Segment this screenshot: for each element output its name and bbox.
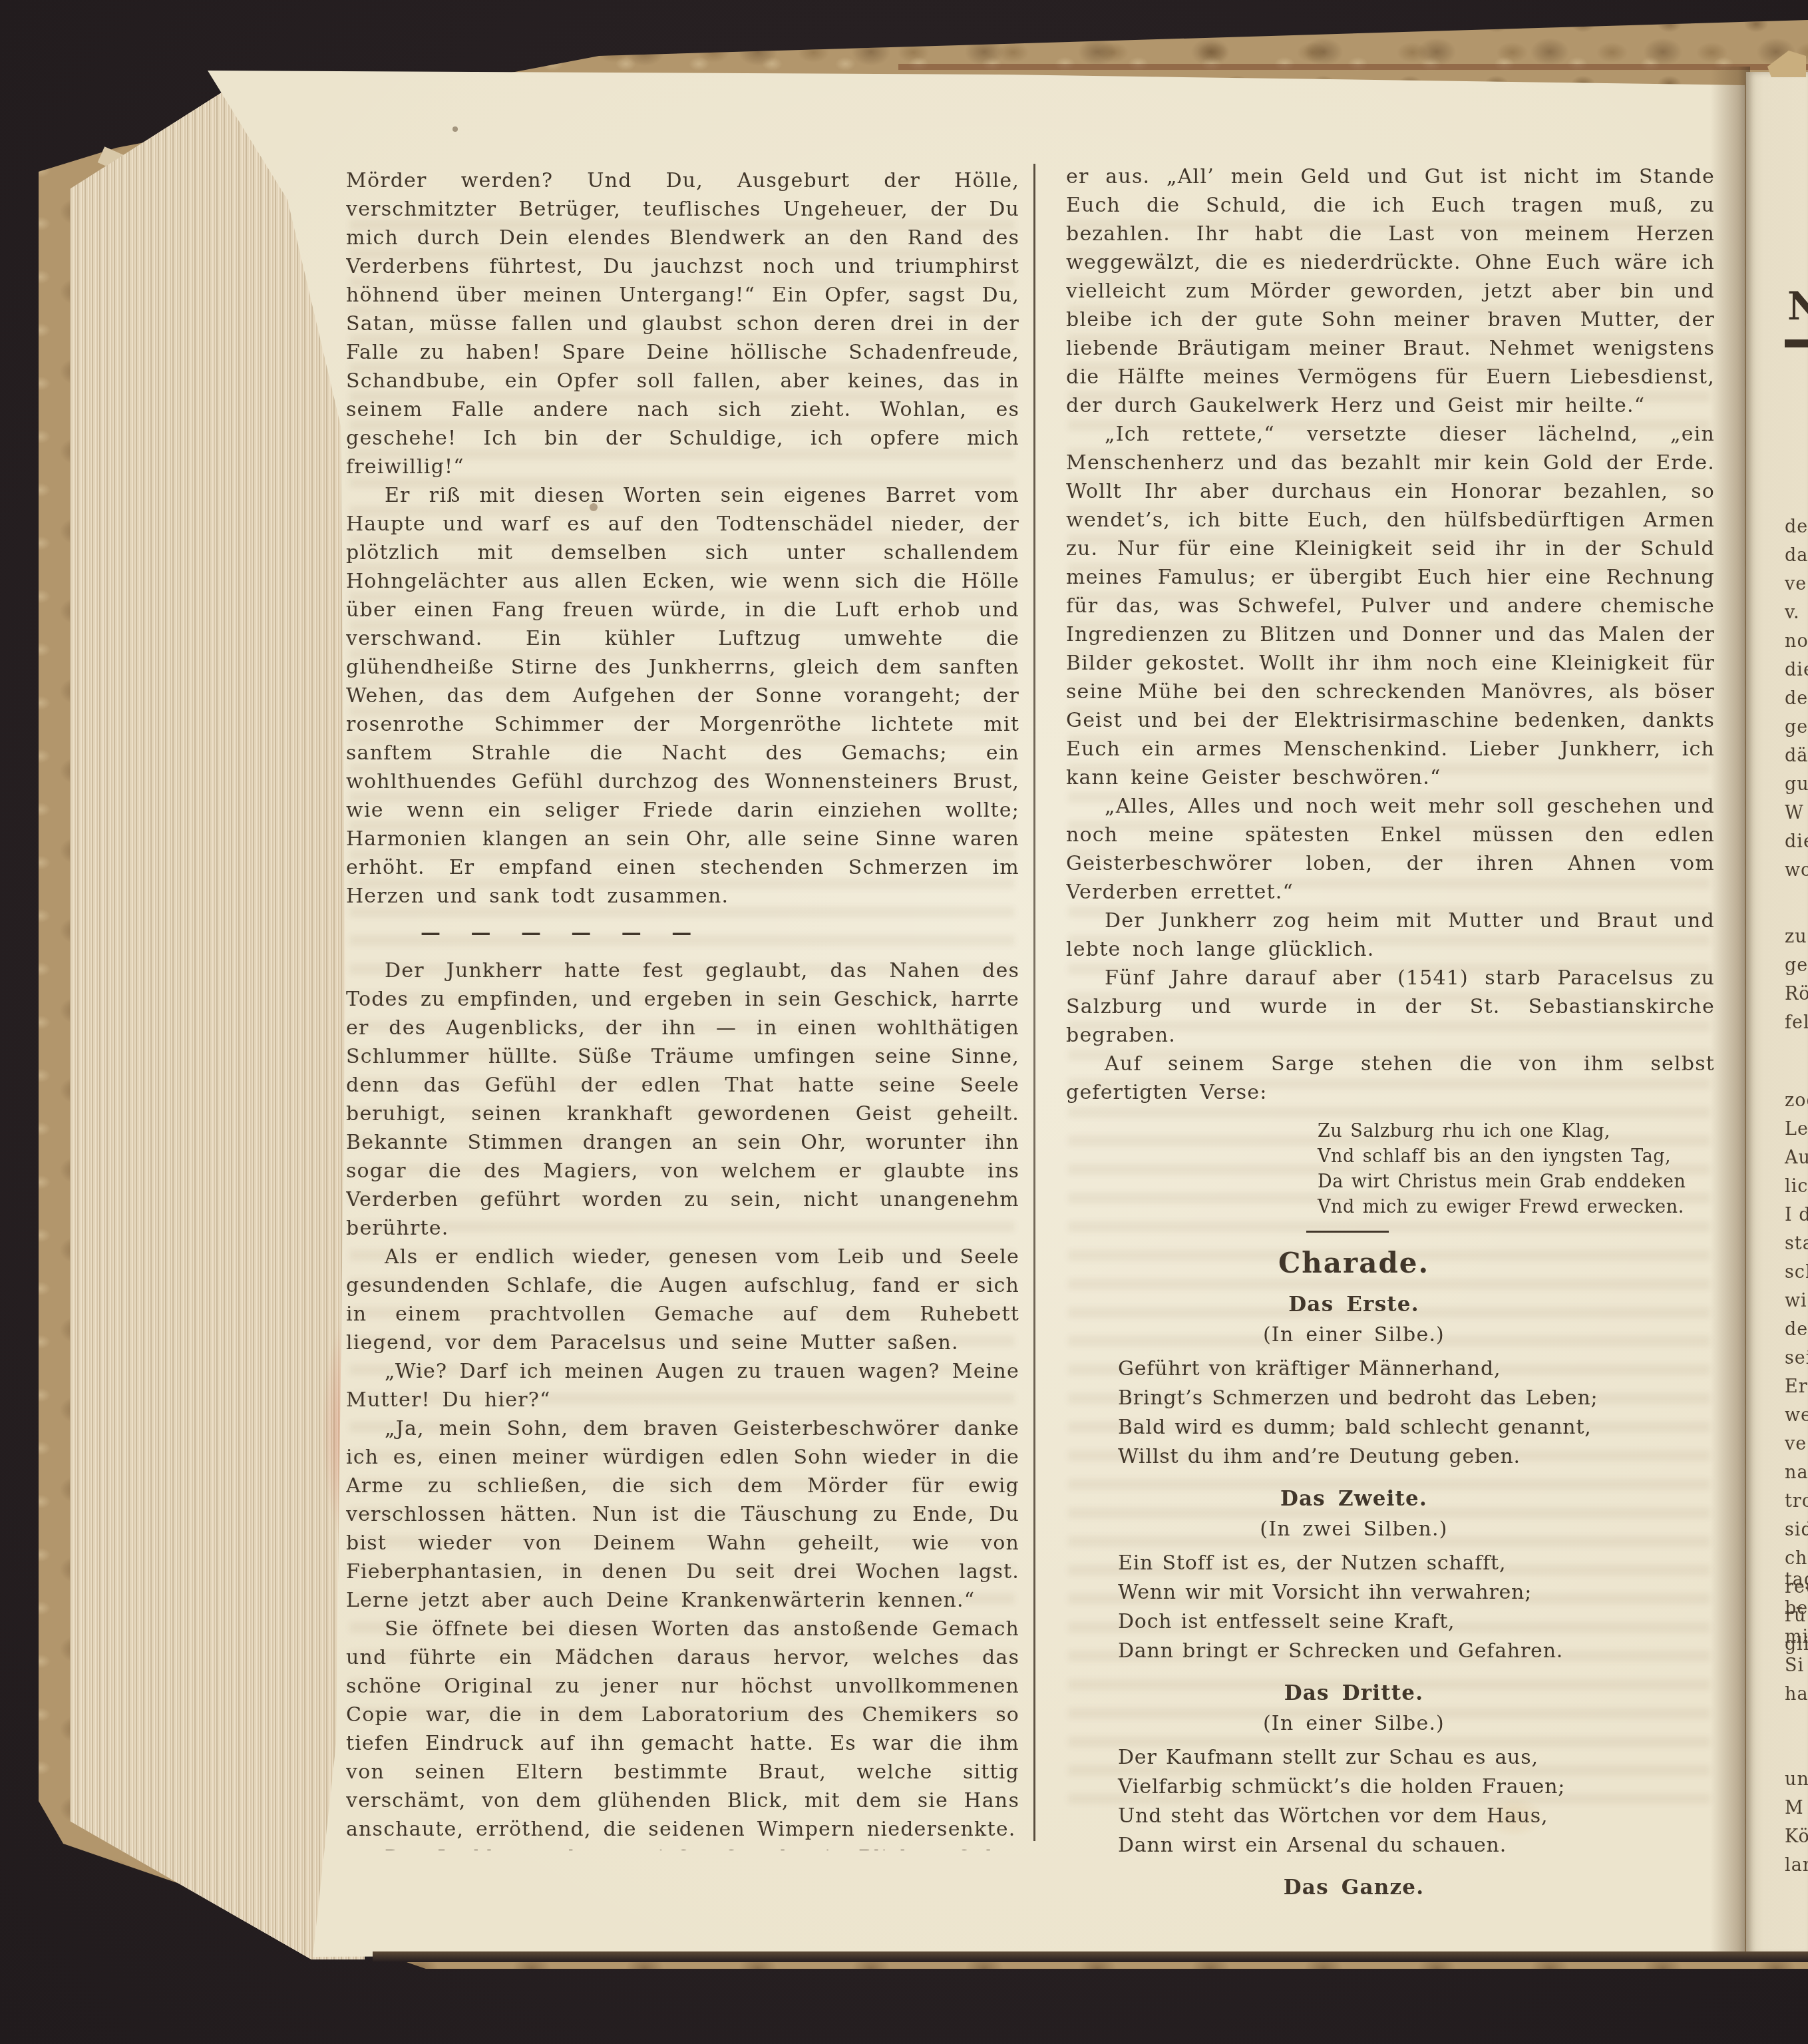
verse-line: Der Kaufmann stellt zur Schau es aus, — [1118, 1743, 1715, 1772]
charade-title: Charade. — [1066, 1249, 1678, 1277]
separator-rule — [1306, 1231, 1389, 1233]
text-fragment: tro — [1785, 1487, 1808, 1516]
text-fragment: no — [1785, 627, 1808, 656]
text-fragment-group: zugeRöfell — [1785, 922, 1808, 1037]
text-fragment: wi — [1785, 1287, 1808, 1315]
charade-verse: Der Kaufmann stellt zur Schau es aus,Vie… — [1118, 1743, 1715, 1860]
verse-line: Bringt’s Schmerzen und bedroht das Leben… — [1118, 1384, 1715, 1413]
paragraph: Als er endlich wieder, genesen vom Leib … — [346, 1243, 1019, 1357]
paragraph: Sie öffnete bei diesen Worten das anstoß… — [346, 1615, 1019, 1844]
text-fragment: un — [1785, 1765, 1808, 1794]
text-fragment: I d — [1785, 1201, 1808, 1229]
paragraph: Der Junkherr zog heim mit Mutter und Bra… — [1066, 907, 1715, 964]
book-scan: Mörder werden? Und Du, Ausgeburt der Höl… — [0, 0, 1808, 2044]
text-fragment: Si — [1785, 1651, 1808, 1680]
paper-stain — [452, 126, 458, 132]
charade-section-heading: Das Zweite. — [1066, 1485, 1678, 1514]
left-text-column: Mörder werden? Und Du, Ausgeburt der Höl… — [346, 166, 1019, 1850]
epitaph-line: Vnd schlaff bis an den iyngsten Tag, — [1318, 1144, 1715, 1169]
paragraph: „Wie? Darf ich meinen Augen zu trauen wa… — [346, 1357, 1019, 1414]
cover-edge-line — [898, 64, 1808, 70]
paragraph: „Ich rettete,“ versetzte dieser lächelnd… — [1066, 420, 1715, 792]
verse-line: Wenn wir mit Vorsicht ihn verwahren; — [1118, 1578, 1715, 1607]
text-fragment: dä — [1785, 741, 1808, 770]
text-fragment-group: dedavev.nodiedegedäguWdiewo — [1785, 512, 1808, 885]
text-fragment: ge — [1785, 951, 1808, 980]
charade-section-heading: Das Ganze. — [1066, 1874, 1678, 1902]
paragraph: Fünf Jahre darauf aber (1541) starb Para… — [1066, 964, 1715, 1050]
right-text-column: er aus. „All’ mein Geld und Gut ist nich… — [1066, 162, 1715, 1906]
epitaph-line: Vnd mich zu ewiger Frewd erwecken. — [1318, 1195, 1715, 1220]
charade-section-syllables: (In einer Silbe.) — [1066, 1321, 1678, 1349]
verse-line: Geführt von kräftiger Männerhand, — [1118, 1354, 1715, 1384]
verse-line: Doch ist entfesselt seine Kraft, — [1118, 1607, 1715, 1637]
text-fragment: ve — [1785, 570, 1808, 598]
epitaph-verse: Zu Salzburg rhu ich one Klag,Vnd schlaff… — [1318, 1119, 1715, 1220]
text-fragment: na — [1785, 1458, 1808, 1487]
text-fragment: ha — [1785, 1680, 1808, 1709]
text-fragment: die — [1785, 827, 1808, 856]
text-fragment: die — [1785, 656, 1808, 684]
text-fragment: W — [1785, 799, 1808, 827]
text-fragment: sid — [1785, 1516, 1808, 1544]
epitaph-line: Da wirt Christus mein Grab enddeken — [1318, 1169, 1715, 1195]
verse-line: Vielfarbig schmückt’s die holden Frauen; — [1118, 1772, 1715, 1802]
text-fragment: M — [1785, 1794, 1808, 1822]
verse-line: Dann bringt er Schrecken und Gefahren. — [1118, 1637, 1715, 1666]
verse-line: Dann wirst ein Arsenal du schauen. — [1118, 1831, 1715, 1860]
paragraph: Auf seinem Sarge stehen die von ihm selb… — [1066, 1050, 1715, 1107]
text-fragment: ve — [1785, 1430, 1808, 1458]
paragraph: Er riß mit diesen Worten sein eigenes Ba… — [346, 481, 1019, 911]
paragraph: „Ja, mein Sohn, dem braven Geisterbeschw… — [346, 1414, 1019, 1615]
text-fragment: zog — [1785, 1086, 1808, 1115]
text-fragment: zu — [1785, 922, 1808, 951]
text-fragment: fell — [1785, 1008, 1808, 1037]
text-fragment: de — [1785, 1315, 1808, 1344]
page-bottom-edge — [373, 1951, 1808, 1962]
text-fragment: Er — [1785, 1372, 1808, 1401]
text-fragment: we — [1785, 1401, 1808, 1430]
text-fragment: lan — [1785, 1851, 1808, 1880]
text-fragment: v. — [1785, 598, 1808, 627]
text-fragment: Rö — [1785, 980, 1808, 1008]
text-fragment: ge — [1785, 713, 1808, 741]
next-page-fragment-column: dedavev.nodiedegedäguWdiewozugeRöfellzog… — [1785, 72, 1808, 1955]
epitaph-line: Zu Salzburg rhu ich one Klag, — [1318, 1119, 1715, 1144]
charade-section-syllables: (In zwei Silben.) — [1066, 1515, 1678, 1543]
paragraph: „Alles, Alles und noch weit mehr soll ge… — [1066, 792, 1715, 907]
paragraph: Mörder werden? Und Du, Ausgeburt der Höl… — [346, 166, 1019, 481]
text-fragment: mi — [1785, 1623, 1808, 1651]
text-fragment: da — [1785, 541, 1808, 570]
dash-separator: — — — — — — — [421, 919, 1019, 947]
paragraph: Der Junkherr athmete tief auf und sein B… — [346, 1844, 1019, 1850]
paragraph: er aus. „All’ mein Geld und Gut ist nich… — [1066, 162, 1715, 420]
text-fragment: Au — [1785, 1143, 1808, 1172]
text-fragment-group: unMKölan — [1785, 1765, 1808, 1880]
verse-line: Und steht das Wörtchen vor dem Haus, — [1118, 1802, 1715, 1831]
column-divider-rule — [1033, 164, 1035, 1841]
verse-line: Willst du ihm and’re Deutung geben. — [1118, 1442, 1715, 1472]
text-fragment: Kö — [1785, 1822, 1808, 1851]
text-fragment: de — [1785, 512, 1808, 541]
charade-section-heading: Das Dritte. — [1066, 1679, 1678, 1708]
text-fragment: lich — [1785, 1172, 1808, 1201]
text-fragment: gu — [1785, 770, 1808, 799]
text-fragment: wo — [1785, 856, 1808, 885]
charade-section-syllables: (In einer Silbe.) — [1066, 1709, 1678, 1738]
text-fragment: sta — [1785, 1229, 1808, 1258]
text-fragment: Le — [1785, 1115, 1808, 1143]
text-fragment: sch — [1785, 1258, 1808, 1287]
text-fragment: de — [1785, 684, 1808, 713]
text-fragment: ber — [1785, 1594, 1808, 1623]
text-fragment: tag — [1785, 1565, 1808, 1594]
next-page-strip: N dedavev.nodiedegedäguWdiewozugeRöfellz… — [1746, 72, 1808, 1955]
charade-verse: Ein Stoff ist es, der Nutzen schafft,Wen… — [1118, 1549, 1715, 1666]
text-fragment-group: tagbermiSiha — [1785, 1565, 1808, 1709]
charade-verse: Geführt von kräftiger Männerhand,Bringt’… — [1118, 1354, 1715, 1472]
verse-line: Bald wird es dumm; bald schlecht genannt… — [1118, 1413, 1715, 1442]
gutter-shadow — [1710, 67, 1750, 1957]
verse-line: Ein Stoff ist es, der Nutzen schafft, — [1118, 1549, 1715, 1578]
paragraph: Der Junkherr hatte fest geglaubt, das Na… — [346, 956, 1019, 1243]
charade-section-heading: Das Erste. — [1066, 1291, 1678, 1319]
text-fragment: sei — [1785, 1344, 1808, 1372]
